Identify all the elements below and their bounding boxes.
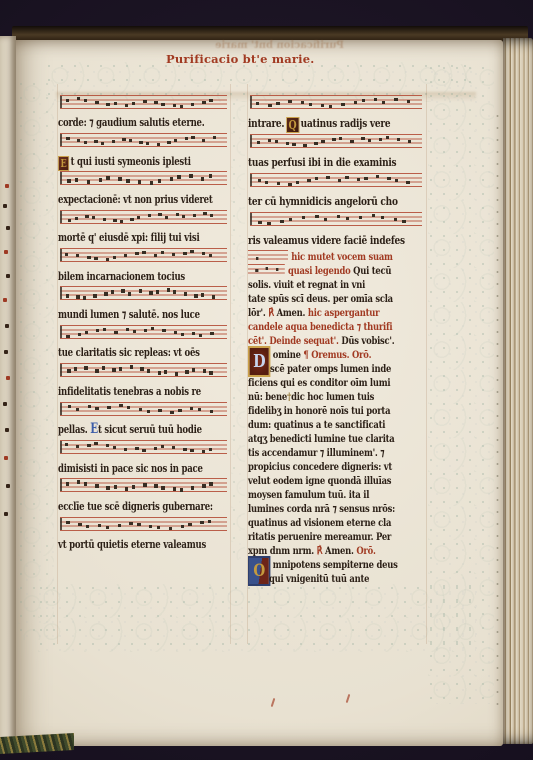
neume: [194, 294, 197, 297]
neume: [125, 104, 128, 107]
text-line: quatinus ad visionem eterne cla: [248, 514, 426, 528]
neume: [172, 446, 175, 449]
body-text: vt portū quietis eterne valeamus: [58, 537, 206, 551]
body-text: expectacionē: vt non prius videret: [58, 192, 213, 206]
neume: [175, 372, 178, 375]
music-staff-line: [58, 514, 230, 533]
text-line: xpm dnm nrm. ℟ Amen. Orō.: [248, 542, 426, 556]
neume: [288, 183, 291, 186]
neume: [209, 448, 212, 451]
neume: [148, 214, 151, 217]
body-text: bilem incarnacionem tocius: [58, 269, 185, 283]
staff-lines: [60, 95, 227, 109]
neume: [268, 104, 271, 107]
neume: [276, 268, 279, 271]
neume: [256, 102, 259, 105]
body-text: tuas perfusi ibi in die examinis: [248, 155, 396, 169]
neume: [162, 329, 165, 332]
line-text: qui vnigenitū tuū ante: [269, 572, 369, 586]
neume: [129, 522, 132, 525]
pricking-holes: [496, 110, 499, 710]
music-staff-line: [58, 284, 230, 303]
neume: [172, 253, 175, 256]
clef-tick: [60, 364, 62, 376]
neume: [94, 257, 97, 260]
neume: [92, 216, 95, 219]
neume: [209, 482, 212, 485]
text-line: dum: quatinus a te sanctificati: [248, 416, 426, 430]
music-staff-line: [58, 169, 230, 188]
neume: [88, 405, 91, 408]
text-line: propicius concedere digneris: vt: [248, 458, 426, 472]
neume: [147, 410, 150, 413]
neume: [180, 488, 183, 491]
body-text: t sicut seruū tuū hodie: [98, 422, 202, 436]
neume: [144, 329, 147, 332]
neume: [66, 482, 69, 485]
neume: [161, 445, 164, 448]
neume: [106, 258, 109, 261]
staff-lines: [60, 440, 227, 454]
neume: [103, 328, 106, 331]
neume: [183, 252, 186, 255]
neume: [176, 213, 179, 216]
neume: [66, 335, 69, 338]
neume: [95, 407, 98, 410]
body-text: corde: ⁊ gaudium salutis eterne.: [58, 115, 204, 129]
neume: [142, 449, 145, 452]
neume: [200, 521, 203, 524]
neume: [128, 292, 131, 295]
neume: [191, 136, 194, 139]
text-line: infidelitatis tenebras a nobis re: [58, 380, 230, 399]
neume: [362, 99, 365, 102]
neume: [114, 485, 117, 488]
neume: [87, 444, 90, 447]
neume: [376, 175, 379, 178]
neume: [203, 369, 206, 372]
body-text: ecclīe tue scē digneris gubernare:: [58, 499, 213, 513]
neume: [158, 371, 161, 374]
neume: [99, 178, 102, 181]
neume: [190, 407, 193, 410]
neume: [173, 290, 176, 293]
staff-lines: [60, 210, 227, 224]
body-text: ris valeamus videre faciē indefes: [248, 233, 405, 247]
neume: [102, 366, 105, 369]
staff-lines: [250, 134, 423, 148]
neume: [326, 176, 329, 179]
neume: [156, 290, 159, 293]
neume: [124, 448, 127, 451]
neume: [314, 142, 317, 145]
neume: [94, 140, 97, 143]
neume: [379, 138, 382, 141]
neume: [164, 370, 167, 373]
neume: [386, 136, 389, 139]
music-staff-line: [58, 322, 230, 341]
neume: [124, 254, 127, 257]
neume: [359, 216, 362, 219]
neume: [181, 525, 184, 528]
neume: [140, 367, 143, 370]
neume: [74, 367, 77, 370]
music-staff-line: [248, 92, 426, 112]
neume: [339, 137, 342, 140]
neume: [321, 140, 324, 143]
clef-tick: [60, 134, 62, 146]
clef-tick: [60, 479, 62, 491]
neume: [137, 523, 140, 526]
neume: [167, 288, 170, 291]
neume: [118, 177, 121, 180]
neume: [286, 142, 289, 145]
neume: [202, 484, 205, 487]
staff-lines: [60, 363, 227, 377]
body-text: ter cū hymnidicis angelorū cho: [248, 194, 398, 208]
body-text: mundi lumen ⁊ salutē. nos luce: [58, 307, 200, 321]
neume: [106, 176, 109, 179]
neume: [132, 102, 135, 105]
neume: [77, 480, 80, 483]
foliate-border-right: [428, 64, 494, 704]
clef-tick: [250, 213, 252, 225]
neume: [302, 216, 305, 219]
ruling-line: [426, 84, 427, 644]
neume: [213, 136, 216, 139]
neume: [67, 369, 70, 372]
neume: [199, 334, 202, 337]
body-text: pellas.: [58, 422, 90, 436]
neume: [68, 219, 71, 222]
neume: [76, 408, 79, 411]
neume: [406, 181, 409, 184]
neume: [101, 142, 104, 145]
text-line: Domine ¶ Oremus. Orō.: [248, 346, 426, 360]
neume: [112, 368, 115, 371]
ruling-line: [230, 84, 231, 644]
neume: [276, 102, 279, 105]
neume: [114, 331, 117, 334]
foliate-border-left: [18, 80, 54, 640]
neume: [104, 292, 107, 295]
neume: [173, 104, 176, 107]
clef-tick: [60, 172, 62, 184]
neume: [255, 269, 258, 272]
facing-page-edge: [0, 36, 16, 744]
neume: [178, 409, 181, 412]
neume: [75, 178, 78, 181]
text-line: solis. viuit et regnat in vni: [248, 276, 426, 290]
neume: [354, 101, 357, 104]
neume: [337, 215, 340, 218]
neume: [296, 181, 299, 184]
neume: [267, 222, 270, 225]
staff-lines: [60, 325, 227, 339]
neume: [107, 406, 110, 409]
staff-lines: [60, 402, 227, 416]
staff-lines: [60, 133, 227, 147]
neume: [96, 329, 99, 332]
neume: [275, 140, 278, 143]
neume: [182, 215, 185, 218]
staff-lines: [60, 478, 227, 492]
staff-fragment: [248, 250, 288, 262]
text-line: fidelibʒ in honorē noīs tui porta: [248, 402, 426, 416]
neume: [157, 143, 160, 146]
neume: [288, 100, 291, 103]
neume: [192, 332, 195, 335]
neume: [173, 487, 176, 490]
staff-lines: [60, 248, 227, 262]
neume: [408, 140, 411, 143]
neume: [78, 523, 81, 526]
text-line: ficiens qui es conditor oīm lumi: [248, 374, 426, 388]
neume: [76, 445, 79, 448]
margin-red-mark: [271, 698, 276, 707]
neume: [150, 181, 153, 184]
neume: [125, 487, 128, 490]
neume: [332, 138, 335, 141]
neume: [202, 450, 205, 453]
neume: [188, 523, 191, 526]
neume: [198, 408, 201, 411]
clef-tick: [250, 96, 252, 108]
music-staff-line: [58, 246, 230, 265]
neume: [137, 216, 140, 219]
neume: [84, 482, 87, 485]
clef-tick: [60, 211, 62, 223]
neume: [190, 449, 193, 452]
neume: [154, 254, 157, 257]
neume: [78, 333, 81, 336]
text-line: tate spūs scī deus. per omīa scla: [248, 290, 426, 304]
text-line: intrare.Quatinus radijs vere: [248, 112, 426, 132]
manuscript-page: Purificacion bnt' marie Purificacio bt'e…: [16, 40, 503, 746]
text-line: quasi legendo Qui tecū: [248, 262, 426, 276]
line-text: vt portū quietis eterne valeamus: [58, 535, 206, 554]
neume: [361, 137, 364, 140]
neume: [106, 526, 109, 529]
body-text: infidelitatis tenebras a nobis re: [58, 384, 201, 398]
neume: [157, 526, 160, 529]
neume: [149, 291, 152, 294]
neume: [191, 103, 194, 106]
text-line: candele aqua benedicta ⁊ thurifi: [248, 318, 426, 332]
staff-lines: [250, 212, 423, 226]
text-line: ritatis peruenire mereamur. Per: [248, 528, 426, 542]
neume: [209, 371, 212, 374]
body-text: t qui iusti symeonis iplesti: [71, 154, 191, 168]
staff-lines: [60, 171, 227, 185]
neume: [210, 410, 213, 413]
neume: [167, 141, 170, 144]
neume: [77, 139, 80, 142]
neume: [113, 256, 116, 259]
text-line: moysen famulum tuū. ita il: [248, 486, 426, 500]
neume: [315, 177, 318, 180]
neume: [76, 295, 79, 298]
neume: [66, 137, 69, 140]
neume: [103, 218, 106, 221]
neume: [135, 252, 138, 255]
neume: [93, 294, 96, 297]
neume: [190, 250, 193, 253]
neume: [201, 293, 204, 296]
neume: [209, 254, 212, 257]
neume: [309, 103, 312, 106]
text-line: nū: bene†dic hoc lumen tuis: [248, 388, 426, 402]
neume: [151, 327, 154, 330]
neume: [209, 99, 212, 102]
neume: [202, 101, 205, 104]
neume: [338, 179, 341, 182]
neume: [147, 369, 150, 372]
neume: [127, 406, 130, 409]
neume: [193, 214, 196, 217]
text-line: Omnipotens sempiterne deus: [248, 556, 426, 570]
body-text: qui vnigenitū tuū ante: [269, 573, 369, 585]
neume: [170, 177, 173, 180]
neume: [106, 103, 109, 106]
neume: [143, 483, 146, 486]
neume: [113, 219, 116, 222]
neume: [268, 139, 271, 142]
text-line: lumines corda nrā ⁊ sensus nrōs:: [248, 500, 426, 514]
neume: [85, 215, 88, 218]
neume: [161, 486, 164, 489]
neume: [76, 254, 79, 257]
neume: [395, 179, 398, 182]
text-line: ter cū hymnidicis angelorū cho: [248, 190, 426, 210]
neume: [174, 331, 177, 334]
clef-tick: [60, 326, 62, 338]
clef-tick: [250, 174, 252, 186]
right-text-column: intrare.Quatinus radijs veretuas perfusi…: [248, 92, 426, 584]
neume: [381, 216, 384, 219]
neume: [184, 292, 187, 295]
neume: [75, 217, 78, 220]
neume: [95, 101, 98, 104]
neume: [212, 295, 215, 298]
neume: [210, 332, 213, 335]
neume: [203, 212, 206, 215]
neume: [65, 443, 68, 446]
staff-lines: [250, 95, 423, 109]
neume: [84, 141, 87, 144]
body-text: mortē q' eiusdē xpi: filij tui visi: [58, 230, 199, 244]
music-staff-line: [248, 209, 426, 229]
staff-fragment: [248, 264, 285, 276]
text-line: mundi lumen ⁊ salutē. nos luce: [58, 303, 230, 322]
neume: [397, 138, 400, 141]
neume: [289, 218, 292, 221]
neume: [120, 220, 123, 223]
neume: [382, 101, 385, 104]
body-text: dimisisti in pace sic nos in pace: [58, 461, 203, 475]
neume: [84, 99, 87, 102]
neume: [258, 179, 261, 182]
music-staff-line: [248, 170, 426, 190]
showthrough-heading: Purificacion bnt' marie: [184, 40, 344, 51]
music-staff-line: [58, 207, 230, 226]
foliate-border-center: [231, 100, 245, 560]
neume: [161, 251, 164, 254]
neume: [66, 99, 69, 102]
neume: [119, 367, 122, 370]
left-text-column: corde: ⁊ gaudium salutis eterne.Et qui i…: [58, 92, 230, 553]
neume: [130, 365, 133, 368]
neume: [95, 369, 98, 372]
neume: [394, 218, 397, 221]
neume: [85, 331, 88, 334]
text-line: mortē q' eiusdē xpi: filij tui visi: [58, 226, 230, 245]
neume: [307, 179, 310, 182]
neume: [135, 447, 138, 450]
neume: [87, 180, 90, 183]
neume: [292, 143, 295, 146]
clef-tick: [60, 287, 62, 299]
neume: [165, 216, 168, 219]
manuscript-photo: Purificacion bnt' marie Purificacio bt'e…: [0, 0, 533, 760]
neume: [256, 257, 259, 260]
foliate-border-bottom: [38, 584, 476, 652]
neume: [130, 218, 133, 221]
margin-red-mark: [346, 694, 351, 703]
neume: [132, 485, 135, 488]
neume: [368, 139, 371, 142]
neume: [350, 140, 353, 143]
neume: [345, 176, 348, 179]
neume: [94, 442, 97, 445]
neume: [111, 290, 114, 293]
music-staff-line: [58, 361, 230, 380]
music-staff-line: [248, 131, 426, 151]
text-line: tue claritatis sic repleas: vt oēs: [58, 341, 230, 360]
neume: [177, 175, 180, 178]
neume: [301, 101, 304, 104]
neume: [174, 139, 177, 142]
neume: [257, 141, 260, 144]
neume: [185, 370, 188, 373]
neume: [265, 181, 268, 184]
neume: [324, 218, 327, 221]
text-line: bilem incarnacionem tocius: [58, 265, 230, 284]
neume: [346, 217, 349, 220]
neume: [118, 524, 121, 527]
neume: [181, 333, 184, 336]
neume: [321, 104, 324, 107]
neume: [146, 142, 149, 145]
neume: [113, 446, 116, 449]
body-text: uatinus radijs vere: [301, 116, 391, 130]
neume: [258, 221, 261, 224]
neume: [374, 98, 377, 101]
neume: [139, 141, 142, 144]
rubric-heading: Purificacio bt'e marie.: [166, 52, 386, 66]
text-line: pellas. Et sicut seruū tuū hodie: [58, 418, 230, 437]
binding-cloth-corner: [0, 733, 74, 754]
text-line: scē pater omps lumen inde: [248, 360, 426, 374]
neume: [106, 486, 109, 489]
neume: [280, 220, 283, 223]
music-staff-line: [58, 399, 230, 418]
neume: [86, 525, 89, 528]
neume: [266, 267, 269, 270]
clef-tick: [250, 135, 252, 147]
neume: [202, 252, 205, 255]
body-text: intrare.: [248, 116, 284, 130]
